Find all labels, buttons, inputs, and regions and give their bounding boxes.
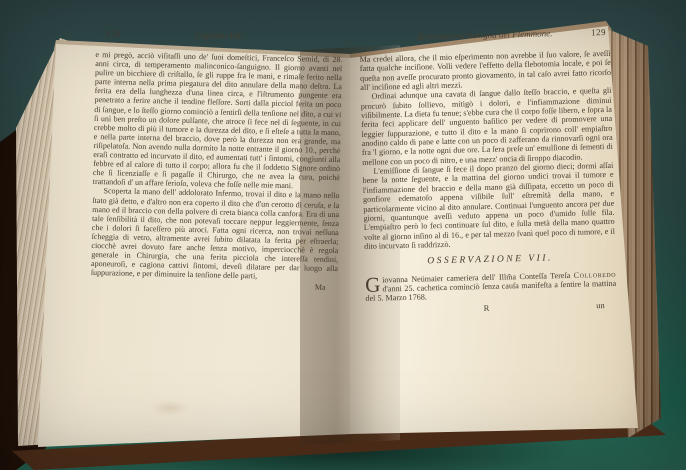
drop-cap-initial: G [365,275,383,293]
paragraph: Ma credei allora, che il mio eſperimento… [360,49,612,92]
left-page-number: 128 [106,28,121,38]
left-page-body: e mi pregò, acciò viſitaſſi uno de' ſuoi… [91,50,343,282]
right-page-number: 129 [591,27,606,37]
catchword: Ma [315,283,326,292]
left-page-text: 128 Capitolo VII. e mi pregò, acciò viſi… [91,28,343,293]
section-heading: OSSERVAZIONE VII. [365,253,616,268]
book-photograph: 128 Capitolo VII. e mi pregò, acciò viſi… [0,0,686,470]
right-page-body: Ma credei allora, che il mio eſperimento… [360,49,617,304]
foxing-spot [150,400,190,416]
signature-mark: R [484,302,490,312]
right-page-text: 129 Terminazione benigna del Flemmone. M… [359,27,617,317]
paragraph: e mi pregò, acciò viſitaſſi uno de' ſuoi… [93,50,343,192]
catchword: un [596,300,605,310]
paragraph: Scoperta la mano dell' addolorato Inferm… [91,186,340,282]
paragraph: L'emiſſione di ſangue ſi fece il dopo pr… [362,161,615,251]
paragraph: Ordinai adunque una cavata di ſangue dal… [360,86,613,167]
observation-paragraph: Giovanna Neümaier cameriera dell' Illm̃a… [365,269,617,303]
